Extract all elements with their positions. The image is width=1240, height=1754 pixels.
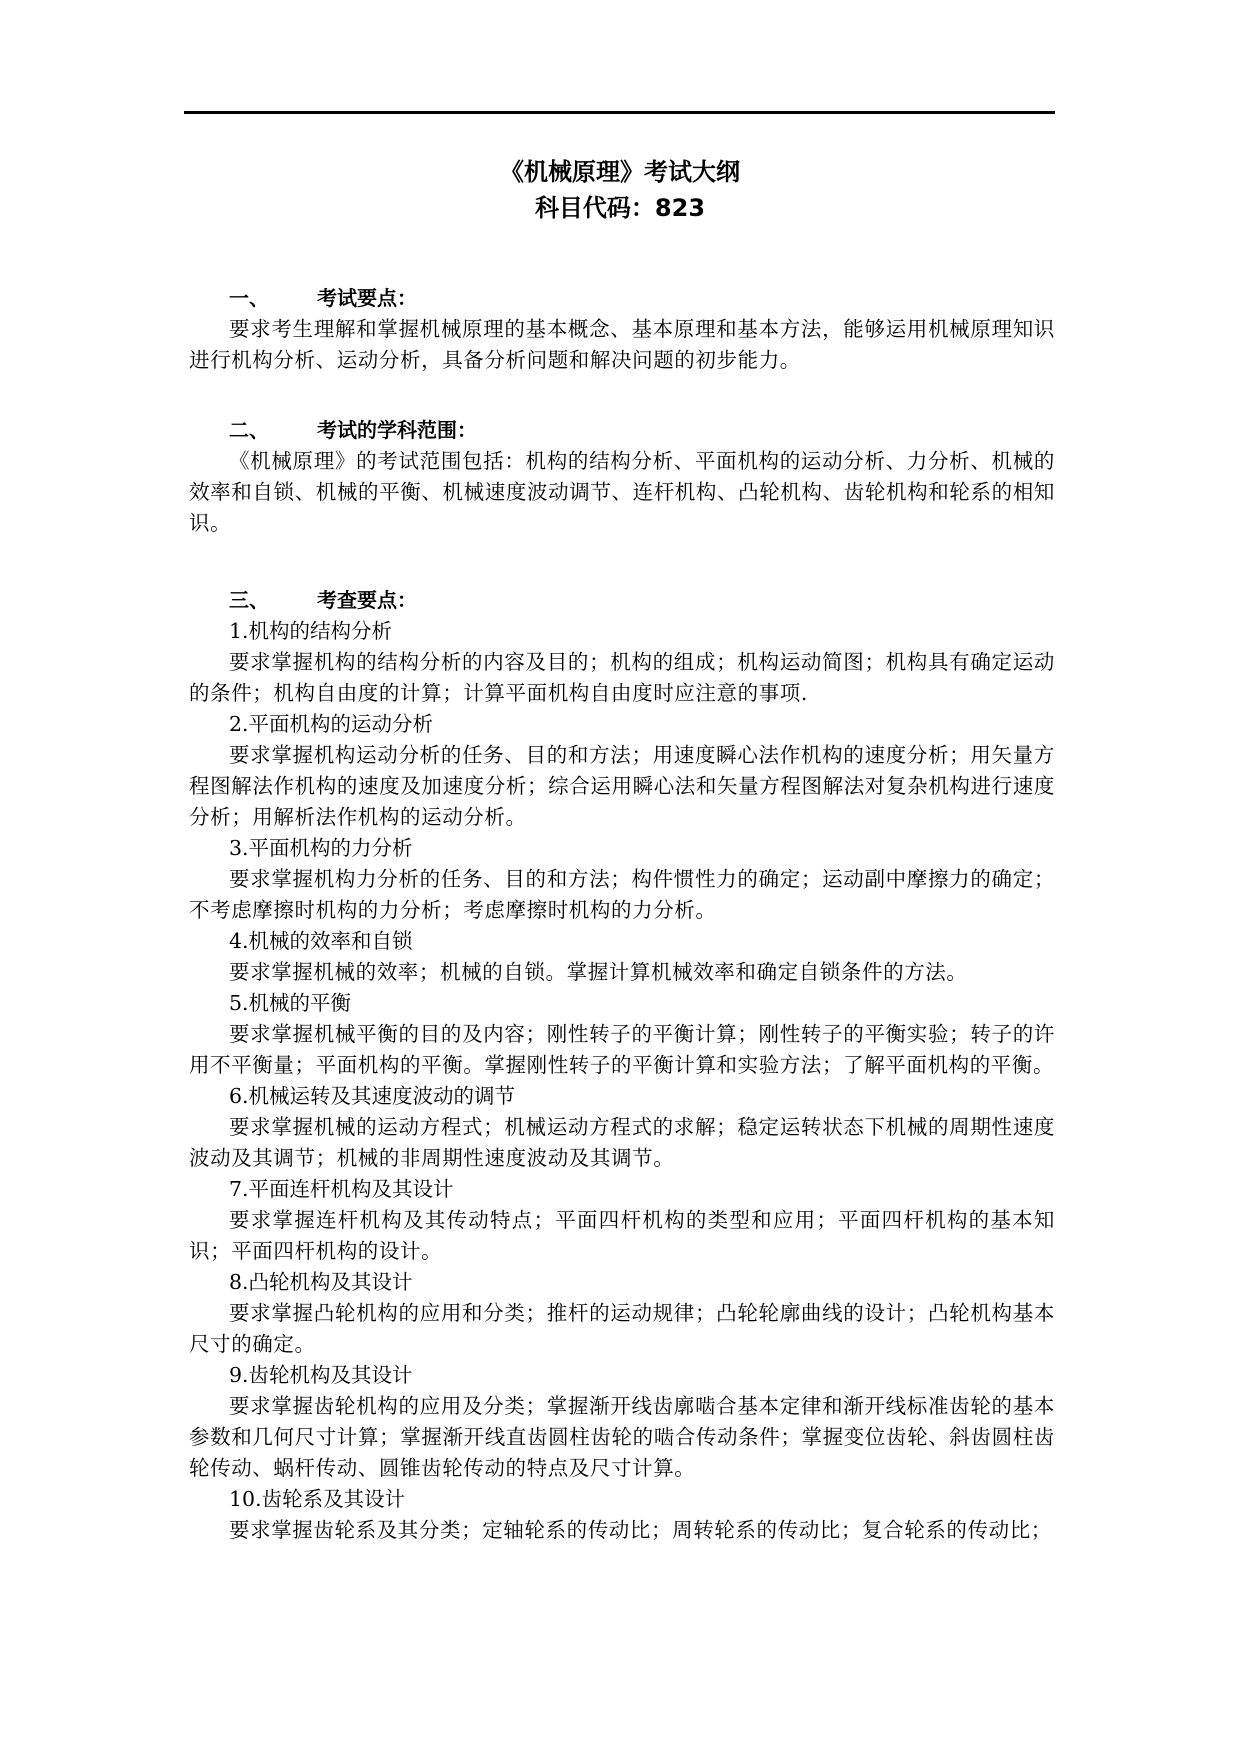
section-number: 一、 — [229, 283, 317, 314]
section-heading-3: 三、 考查要点： — [189, 585, 1055, 616]
topic-text: 要求掌握连杆机构及其传动特点；平面四杆机构的类型和应用；平面四杆机构的基本知识；… — [189, 1205, 1055, 1267]
topic-title: 10.齿轮系及其设计 — [189, 1484, 1055, 1515]
topic-title: 4.机械的效率和自锁 — [189, 926, 1055, 957]
section-number: 三、 — [229, 585, 317, 616]
topic-title: 7.平面连杆机构及其设计 — [189, 1174, 1055, 1205]
document-title: 《机械原理》考试大纲 — [0, 152, 1240, 187]
header-rule — [184, 111, 1055, 114]
document-body: 一、 考试要点： 要求考生理解和掌握机械原理的基本概念、基本原理和基本方法，能够… — [189, 283, 1055, 1546]
topic-title: 3.平面机构的力分析 — [189, 833, 1055, 864]
topic-title: 8.凸轮机构及其设计 — [189, 1267, 1055, 1298]
section-title: 考试的学科范围： — [317, 415, 477, 446]
topic-text: 要求掌握机械平衡的目的及内容；刚性转子的平衡计算；刚性转子的平衡实验；转子的许用… — [189, 1019, 1055, 1081]
section-paragraph: 要求考生理解和掌握机械原理的基本概念、基本原理和基本方法，能够运用机械原理知识进… — [189, 314, 1055, 376]
topic-text: 要求掌握齿轮系及其分类；定轴轮系的传动比；周转轮系的传动比；复合轮系的传动比； — [189, 1515, 1055, 1546]
topic-text: 要求掌握机械的运动方程式；机械运动方程式的求解；稳定运转状态下机械的周期性速度波… — [189, 1112, 1055, 1174]
section-heading-1: 一、 考试要点： — [189, 283, 1055, 314]
section-paragraph: 《机械原理》的考试范围包括：机构的结构分析、平面机构的运动分析、力分析、机械的效… — [189, 446, 1055, 539]
topic-text: 要求掌握齿轮机构的应用及分类；掌握渐开线齿廓啮合基本定律和渐开线标准齿轮的基本参… — [189, 1391, 1055, 1484]
section-title: 考试要点： — [317, 283, 417, 314]
topic-text: 要求掌握机构的结构分析的内容及目的；机构的组成；机构运动简图；机构具有确定运动的… — [189, 647, 1055, 709]
topic-title: 1.机构的结构分析 — [189, 616, 1055, 647]
section-title: 考查要点： — [317, 585, 417, 616]
topic-text: 要求掌握机构力分析的任务、目的和方法；构件惯性力的确定；运动副中摩擦力的确定；不… — [189, 864, 1055, 926]
section-number: 二、 — [229, 415, 317, 446]
section-heading-2: 二、 考试的学科范围： — [189, 415, 1055, 446]
topic-title: 2.平面机构的运动分析 — [189, 709, 1055, 740]
topic-text: 要求掌握机构运动分析的任务、目的和方法；用速度瞬心法作机构的速度分析；用矢量方程… — [189, 740, 1055, 833]
topic-title: 9.齿轮机构及其设计 — [189, 1360, 1055, 1391]
subject-code: 科目代码：823 — [0, 188, 1240, 223]
topic-title: 6.机械运转及其速度波动的调节 — [189, 1081, 1055, 1112]
topic-text: 要求掌握机械的效率；机械的自锁。掌握计算机械效率和确定自锁条件的方法。 — [189, 957, 1055, 988]
topic-text: 要求掌握凸轮机构的应用和分类；推杆的运动规律；凸轮轮廓曲线的设计；凸轮机构基本尺… — [189, 1298, 1055, 1360]
topic-title: 5.机械的平衡 — [189, 988, 1055, 1019]
